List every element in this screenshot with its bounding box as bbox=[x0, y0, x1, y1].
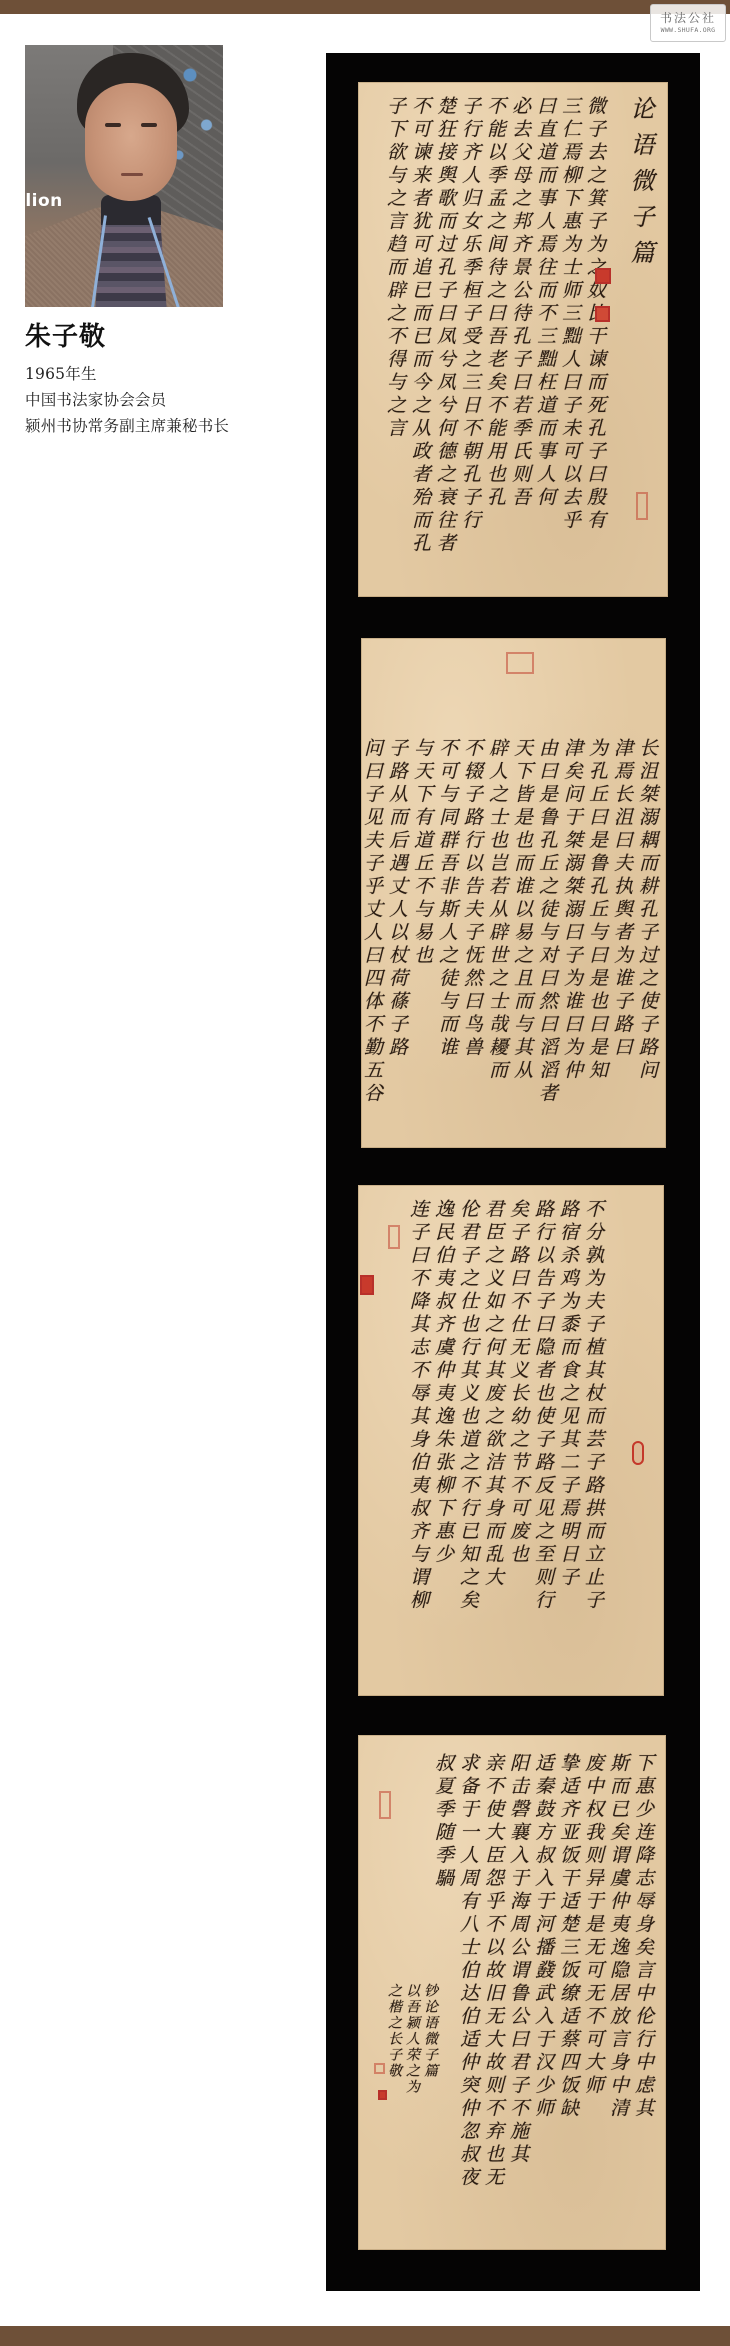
calligraphy-column: 不辍子路行以告夫子怃然曰鸟兽 bbox=[460, 738, 483, 1106]
portrait-sweater bbox=[95, 213, 167, 307]
calligraphy-column: 伦君子之仕也行其义也道之不行已知之矣 bbox=[456, 1199, 479, 1613]
calligraphy-column: 楚狂接舆歌而过孔子曰凤兮凤兮何德之衰往者 bbox=[433, 96, 456, 556]
calligraphy-column: 三仁焉柳下惠为士师三黜人曰子未可以去乎 bbox=[558, 96, 581, 556]
calligraphy-column: 津焉长沮曰夫执舆者为谁子路曰 bbox=[610, 738, 633, 1106]
artwork-title: 论语微子篇 bbox=[626, 96, 654, 556]
panel-text-columns: 长沮桀溺耦而耕孔子过之使子路问 津焉长沮曰夫执舆者为谁子路曰 为孔丘曰是鲁孔丘与… bbox=[361, 738, 658, 1106]
panel-text-columns: 不分孰为夫子植其杖而芸子路拱而立止子 路宿杀鸡为黍而食之见其二子焉明日子 路行以… bbox=[406, 1199, 604, 1613]
portrait-eye bbox=[141, 123, 157, 127]
artist-bio-membership: 中国书法家协会会员 bbox=[25, 388, 166, 410]
calligraphy-column: 由曰是鲁孔丘之徒与对曰然曰滔滔者 bbox=[535, 738, 558, 1106]
seal-stamp-icon bbox=[595, 306, 610, 322]
calligraphy-column: 子路从而后遇丈人以杖荷蓧子路 bbox=[385, 738, 408, 1106]
panel-text-columns: 下惠少连降志辱身矣言中伦行中虑其 斯而已矣谓虞仲夷逸隐居放言身中清 废中权我则异… bbox=[431, 1753, 654, 2190]
calligraphy-column: 为孔丘曰是鲁孔丘与曰是也曰是知 bbox=[585, 738, 608, 1106]
portrait-mouth bbox=[121, 173, 143, 176]
inscription-column: 钞论语微子篇 bbox=[422, 1983, 438, 2095]
calligraphy-column: 废中权我则异于是无可无不可大师 bbox=[581, 1753, 604, 2190]
watermark-url: WWW.SHUFA.ORG bbox=[661, 25, 716, 35]
seal-stamp-icon bbox=[632, 1441, 644, 1465]
calligraphy-column: 问曰子见夫子乎丈人曰四体不勤五谷 bbox=[361, 738, 383, 1106]
calligraphy-panel-1: 论语微子篇 微子去之箕子为之奴比干谏而死孔子曰殷有 三仁焉柳下惠为士师三黜人曰子… bbox=[358, 82, 668, 597]
calligraphy-column: 路行以告子曰隐者也使子路反见之至则行 bbox=[531, 1199, 554, 1613]
calligraphy-column: 矣子路曰不仕无义长幼之节不可废也 bbox=[506, 1199, 529, 1613]
calligraphy-panel-3: 不分孰为夫子植其杖而芸子路拱而立止子 路宿杀鸡为黍而食之见其二子焉明日子 路行以… bbox=[358, 1185, 664, 1696]
seal-stamp-icon bbox=[378, 2090, 387, 2100]
calligraphy-panel-2: 长沮桀溺耦而耕孔子过之使子路问 津焉长沮曰夫执舆者为谁子路曰 为孔丘曰是鲁孔丘与… bbox=[361, 638, 666, 1148]
calligraphy-column: 挚适齐亚饭干适楚三饭缭适蔡四饭缺 bbox=[556, 1753, 579, 2190]
seal-stamp-icon bbox=[636, 492, 648, 520]
calligraphy-column: 逸民伯夷叔齐虞仲夷逸朱张柳下惠少 bbox=[431, 1199, 454, 1613]
inscription-column: 以吾颍人荣之为 bbox=[404, 1983, 420, 2095]
calligraphy-column: 津矣问于桀溺桀溺曰子为谁曰为仲 bbox=[560, 738, 583, 1106]
seal-stamp-icon bbox=[379, 1791, 391, 1819]
bottom-brown-bar bbox=[0, 2326, 730, 2346]
calligraphy-column: 天下皆是也而谁以易之且而与其从 bbox=[510, 738, 533, 1106]
calligraphy-column: 阳击磬襄入于海周公谓鲁公曰君子不施其 bbox=[506, 1753, 529, 2190]
seal-stamp-icon bbox=[388, 1225, 400, 1249]
calligraphy-column: 不可谏来者犹可追已而已而今之从政者殆而孔 bbox=[408, 96, 431, 556]
calligraphy-column: 必去父母之邦齐景公待孔子曰若季氏则吾 bbox=[508, 96, 531, 556]
calligraphy-column: 叔夏季随季騧 bbox=[431, 1753, 454, 2190]
portrait-face bbox=[85, 83, 177, 201]
calligraphy-column: 微子去之箕子为之奴比干谏而死孔子曰殷有 bbox=[583, 96, 606, 556]
calligraphy-column: 君臣之义如之何其废之欲洁其身而乱大 bbox=[481, 1199, 504, 1613]
top-brown-bar bbox=[0, 0, 730, 14]
calligraphy-column: 不可与同群吾非斯人之徒与而谁 bbox=[435, 738, 458, 1106]
seal-stamp-icon bbox=[506, 652, 534, 674]
calligraphy-panel-4: 下惠少连降志辱身矣言中伦行中虑其 斯而已矣谓虞仲夷逸隐居放言身中清 废中权我则异… bbox=[358, 1735, 666, 2250]
calligraphy-column: 适秦鼓方叔入于河播鼗武入于汉少师 bbox=[531, 1753, 554, 2190]
signature-inscription: 钞论语微子篇 以吾颍人荣之为 之楷之长子敬 bbox=[386, 1983, 438, 2095]
site-watermark: 书法公社 WWW.SHUFA.ORG bbox=[650, 4, 726, 42]
calligraphy-column: 长沮桀溺耦而耕孔子过之使子路问 bbox=[635, 738, 658, 1106]
calligraphy-mount: 论语微子篇 微子去之箕子为之奴比干谏而死孔子曰殷有 三仁焉柳下惠为士师三黜人曰子… bbox=[326, 53, 700, 2291]
calligraphy-column: 下惠少连降志辱身矣言中伦行中虑其 bbox=[631, 1753, 654, 2190]
artist-bio-birth-year: 1965年生 bbox=[25, 362, 97, 384]
calligraphy-column: 曰直道而事人焉往而不三黜枉道而事人何 bbox=[533, 96, 556, 556]
artist-name: 朱子敬 bbox=[25, 316, 106, 353]
calligraphy-column: 子行齐人归女乐季桓子受之三日不朝孔子行 bbox=[458, 96, 481, 556]
portrait-eye bbox=[105, 123, 121, 127]
calligraphy-column: 不分孰为夫子植其杖而芸子路拱而立止子 bbox=[581, 1199, 604, 1613]
backdrop-sign-text: ilion bbox=[25, 191, 63, 211]
seal-stamp-icon bbox=[595, 268, 611, 284]
calligraphy-column: 不能以季孟之间待之曰吾老矣不能用也孔 bbox=[483, 96, 506, 556]
calligraphy-column: 辟人之士也岂若从辟世之士哉耰而 bbox=[485, 738, 508, 1106]
calligraphy-column: 亲不使大臣怨乎不以故旧无大故则不弃也无 bbox=[481, 1753, 504, 2190]
calligraphy-column: 路宿杀鸡为黍而食之见其二子焉明日子 bbox=[556, 1199, 579, 1613]
watermark-logo: 书法公社 bbox=[660, 11, 716, 25]
calligraphy-column: 与天下有道丘不与易也 bbox=[410, 738, 433, 1106]
seal-stamp-icon bbox=[374, 2063, 385, 2074]
panel-text-columns: 论语微子篇 微子去之箕子为之奴比干谏而死孔子曰殷有 三仁焉柳下惠为士师三黜人曰子… bbox=[383, 96, 654, 556]
calligraphy-column: 子下欲与之言趋而辟之不得与之言 bbox=[383, 96, 406, 556]
artist-bio-position: 颍州书协常务副主席兼秘书长 bbox=[25, 414, 229, 436]
calligraphy-column: 求备于一人周有八士伯达伯适仲突仲忽叔夜 bbox=[456, 1753, 479, 2190]
seal-stamp-icon bbox=[360, 1275, 374, 1295]
inscription-column: 之楷之长子敬 bbox=[386, 1983, 402, 2095]
calligraphy-column: 斯而已矣谓虞仲夷逸隐居放言身中清 bbox=[606, 1753, 629, 2190]
artist-portrait-photo: ilion bbox=[25, 45, 223, 307]
calligraphy-column: 连子曰不降其志不辱其身伯夷叔齐与谓柳 bbox=[406, 1199, 429, 1613]
